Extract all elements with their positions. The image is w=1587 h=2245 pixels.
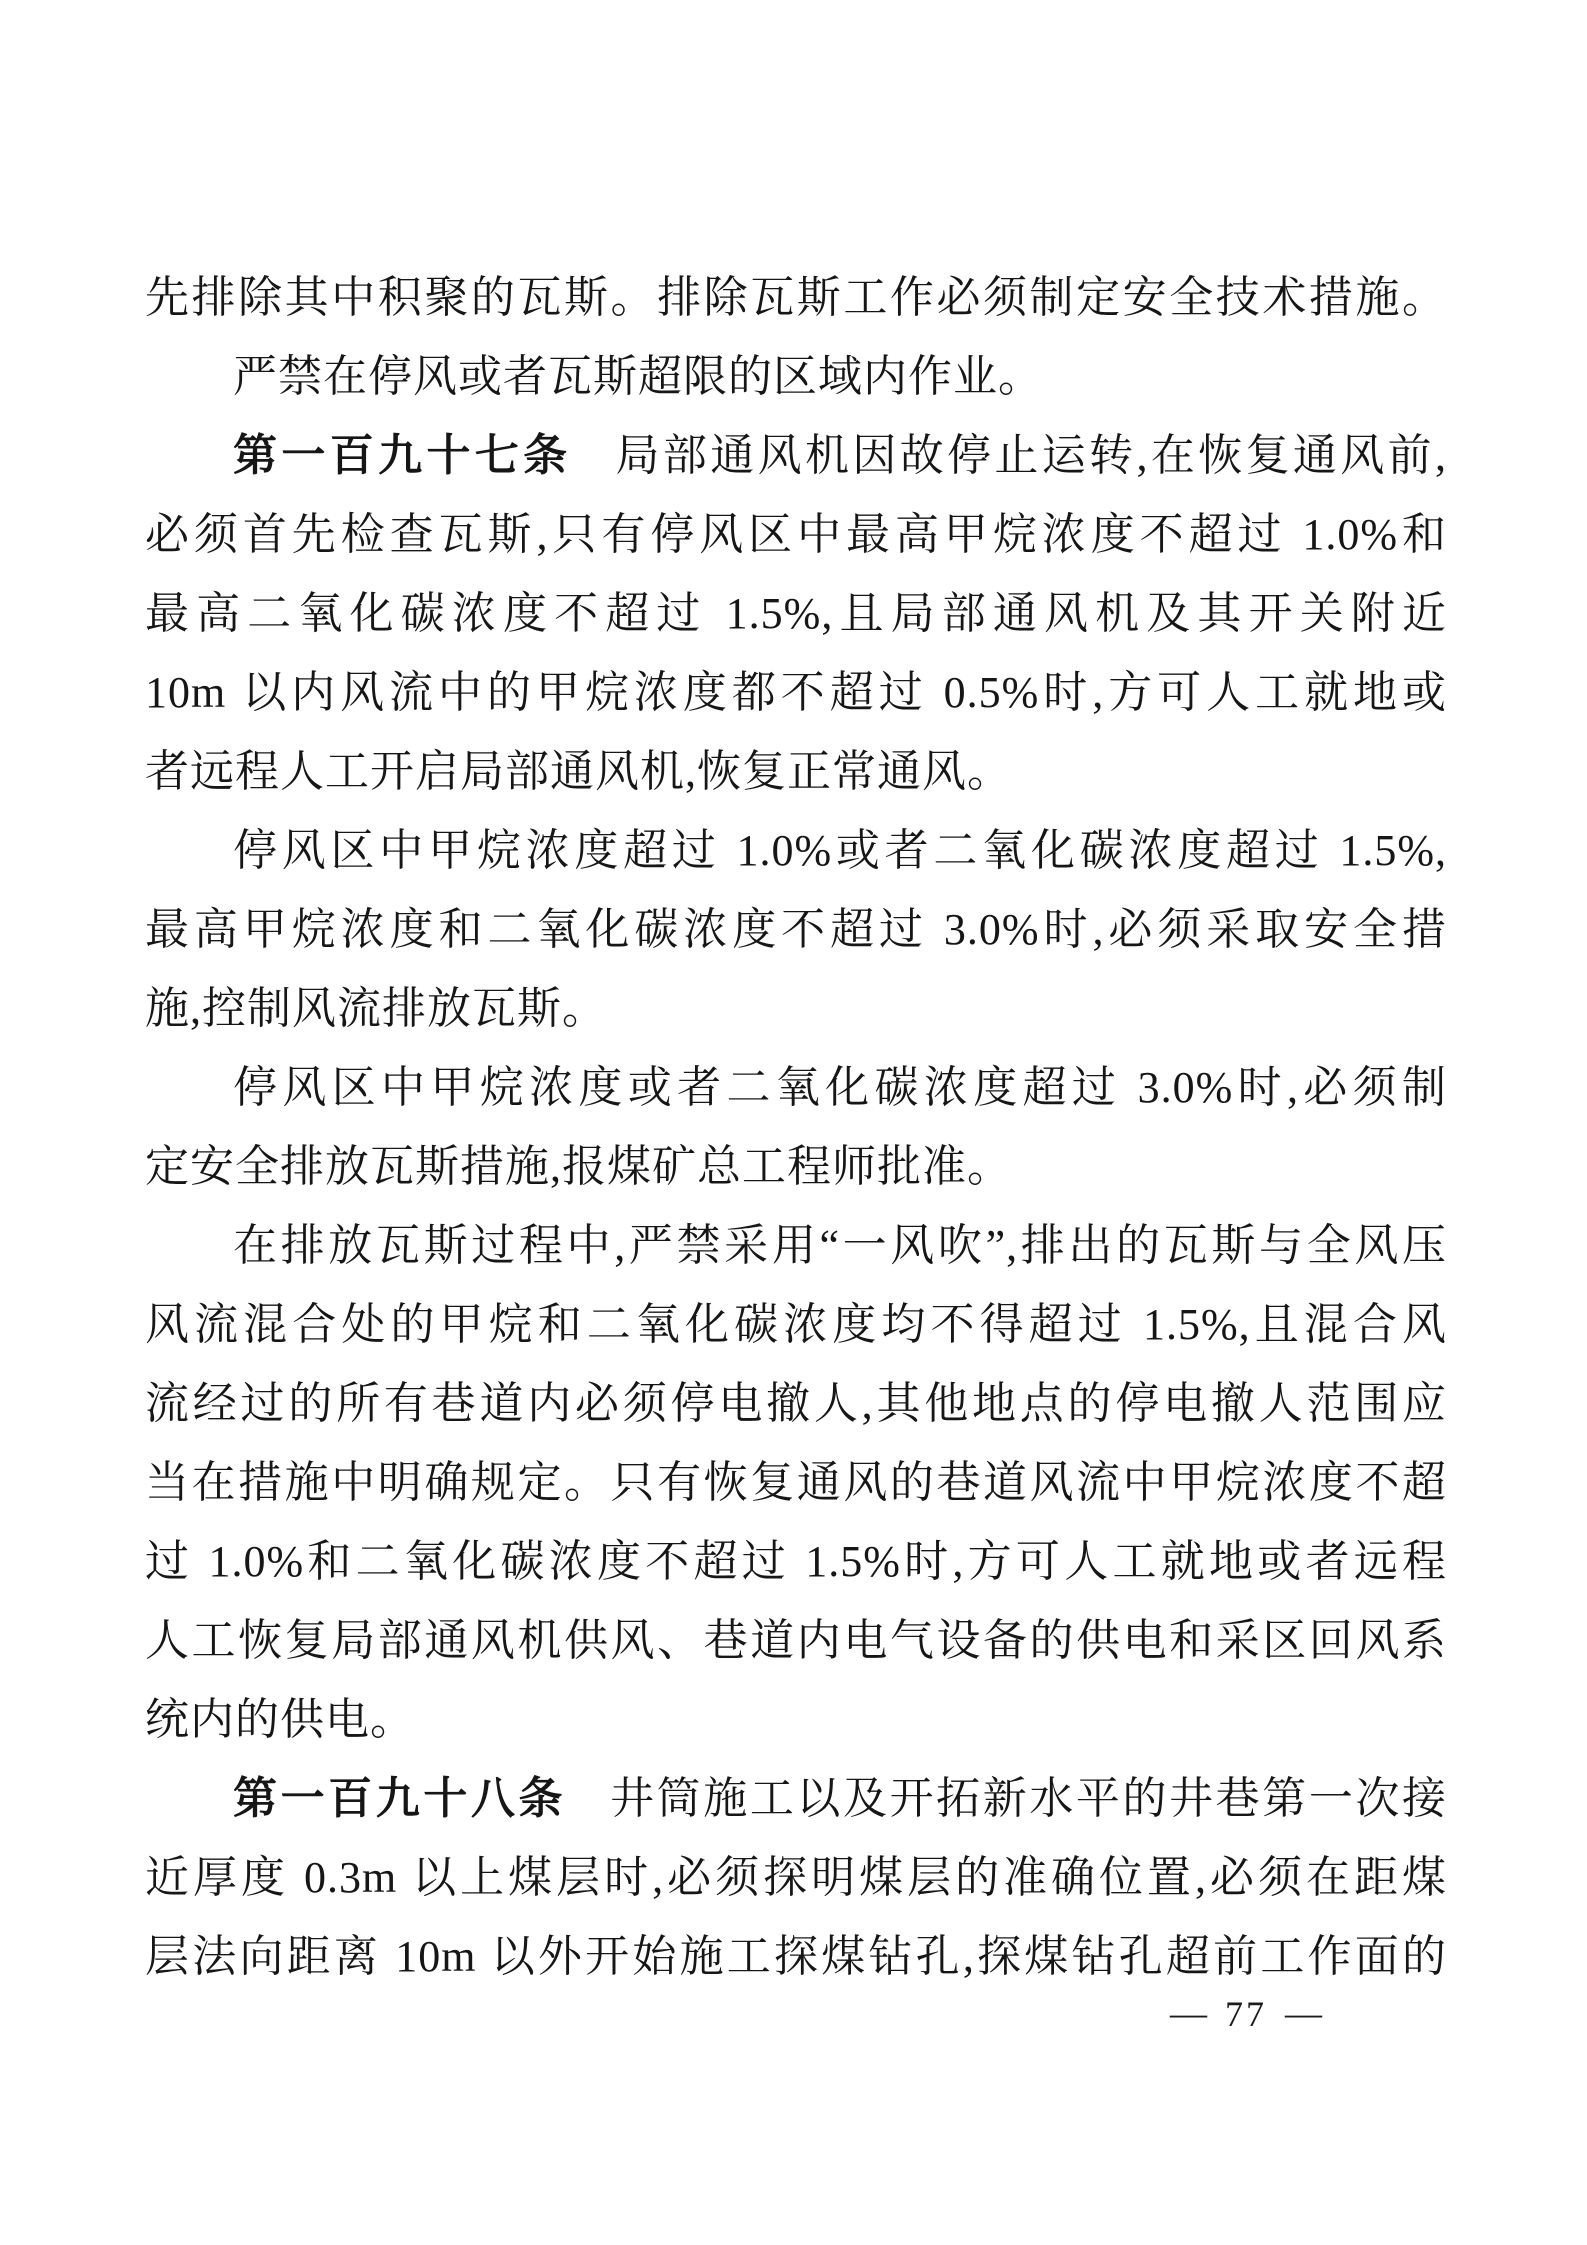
text-line: 人工恢复局部通风机供风、巷道内电气设备的供电和采区回风系 [145, 1601, 1447, 1680]
text-line: 近厚度 0.3m 以上煤层时,必须探明煤层的准确位置,必须在距煤 [145, 1838, 1447, 1917]
text-line: 先排除其中积聚的瓦斯。排除瓦斯工作必须制定安全技术措施。 [145, 258, 1447, 337]
footer-dash-left: — [1170, 1992, 1207, 2035]
text-block: 先排除其中积聚的瓦斯。排除瓦斯工作必须制定安全技术措施。严禁在停风或者瓦斯超限的… [145, 258, 1447, 1996]
text-line: 统内的供电。 [145, 1680, 1447, 1759]
text-line: 当在措施中明确规定。只有恢复通风的巷道风流中甲烷浓度不超 [145, 1443, 1447, 1522]
text-line: 停风区中甲烷浓度超过 1.0%或者二氧化碳浓度超过 1.5%, [145, 811, 1447, 890]
article-number: 第一百九十七条 [233, 431, 572, 480]
text-line: 过 1.0%和二氧化碳浓度不超过 1.5%时,方可人工就地或者远程 [145, 1522, 1447, 1601]
text-line: 最高甲烷浓度和二氧化碳浓度不超过 3.0%时,必须采取安全措 [145, 890, 1447, 969]
text-line: 严禁在停风或者瓦斯超限的区域内作业。 [145, 337, 1447, 416]
text-line: 在排放瓦斯过程中,严禁采用“一风吹”,排出的瓦斯与全风压 [145, 1206, 1447, 1285]
text-line: 施,控制风流排放瓦斯。 [145, 969, 1447, 1048]
text-line: 停风区中甲烷浓度或者二氧化碳浓度超过 3.0%时,必须制 [145, 1048, 1447, 1127]
text-line: 最高二氧化碳浓度不超过 1.5%,且局部通风机及其开关附近 [145, 574, 1447, 653]
text-line: 第一百九十七条局部通风机因故停止运转,在恢复通风前, [145, 416, 1447, 495]
text-line: 流经过的所有巷道内必须停电撤人,其他地点的停电撤人范围应 [145, 1364, 1447, 1443]
text-line: 第一百九十八条井筒施工以及开拓新水平的井巷第一次接 [145, 1759, 1447, 1838]
footer-dash-right: — [1285, 1992, 1322, 2035]
text-line: 者远程人工开启局部通风机,恢复正常通风。 [145, 732, 1447, 811]
text-line: 层法向距离 10m 以外开始施工探煤钻孔,探煤钻孔超前工作面的 [145, 1917, 1447, 1996]
page-number: 77 [1225, 1993, 1267, 2035]
text-line: 风流混合处的甲烷和二氧化碳浓度均不得超过 1.5%,且混合风 [145, 1285, 1447, 1364]
page-footer: — 77 — [1170, 1992, 1322, 2035]
text-line: 10m 以内风流中的甲烷浓度都不超过 0.5%时,方可人工就地或 [145, 653, 1447, 732]
text-line: 定安全排放瓦斯措施,报煤矿总工程师批准。 [145, 1127, 1447, 1206]
document-page: 先排除其中积聚的瓦斯。排除瓦斯工作必须制定安全技术措施。严禁在停风或者瓦斯超限的… [0, 0, 1587, 2245]
text-line: 必须首先检查瓦斯,只有停风区中最高甲烷浓度不超过 1.0%和 [145, 495, 1447, 574]
article-number: 第一百九十八条 [233, 1774, 566, 1823]
